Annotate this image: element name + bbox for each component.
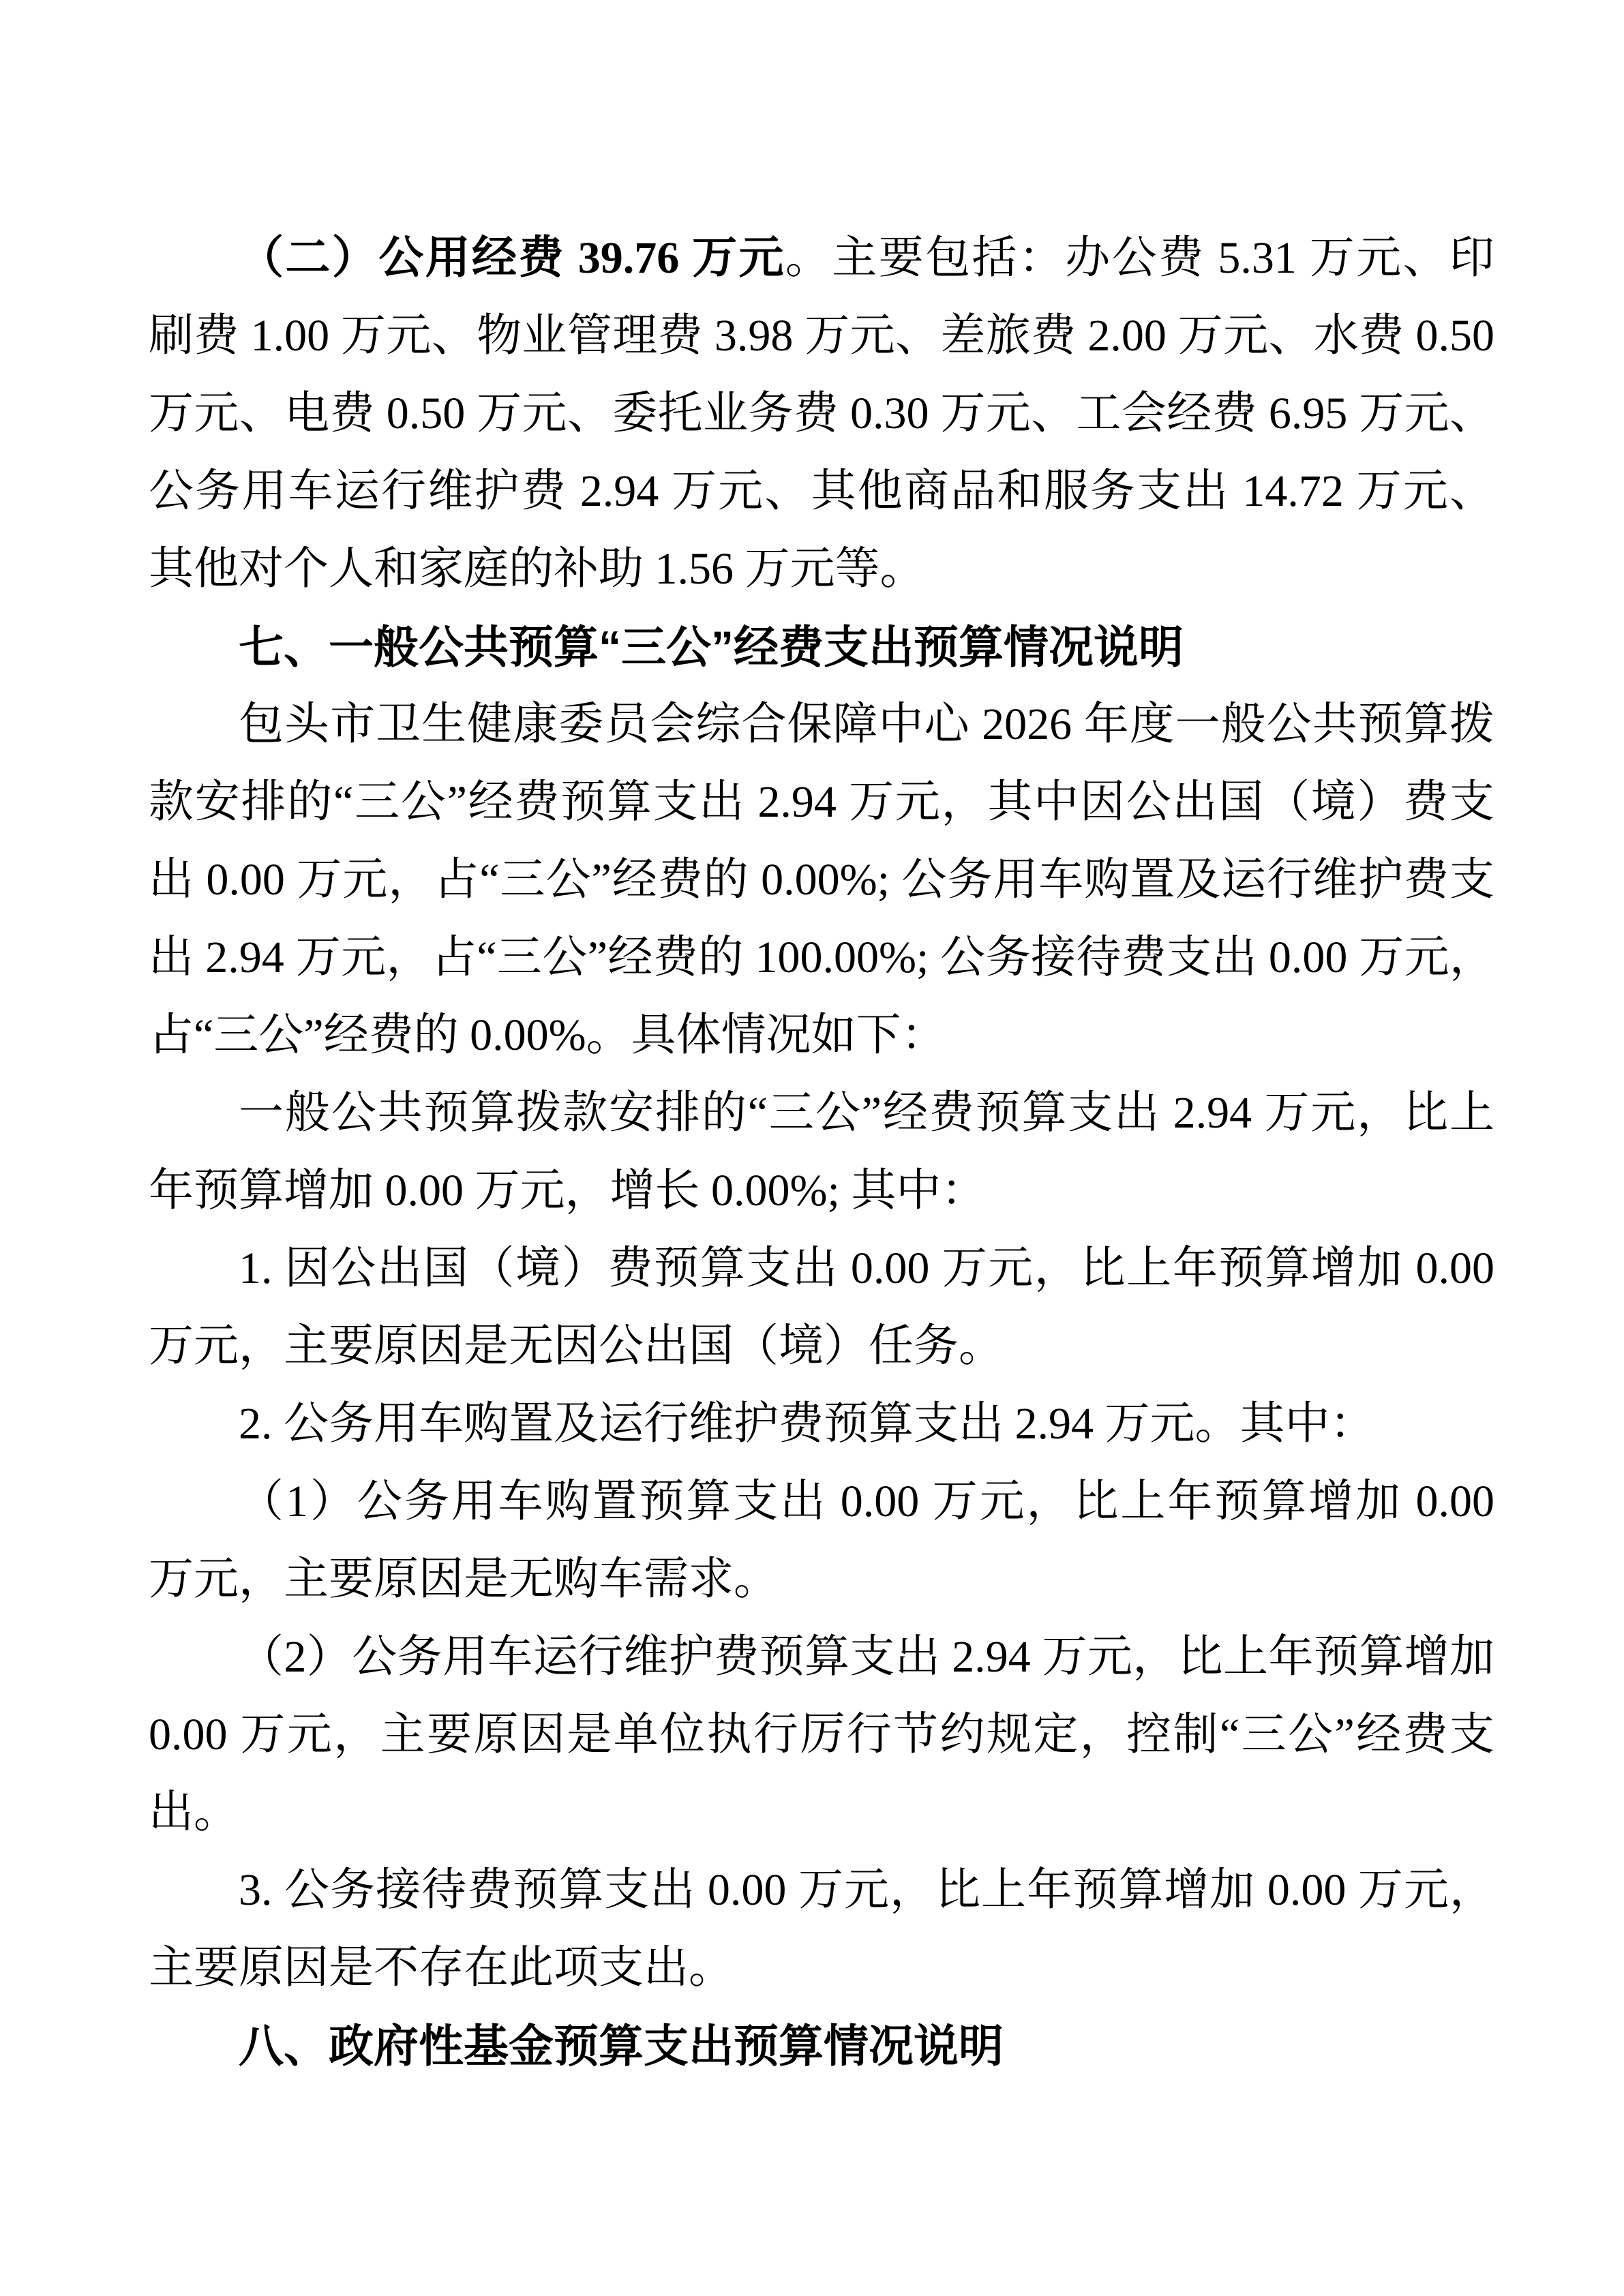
para-three-public-overview-text: 包头市卫生健康委员会综合保障中心 2026 年度一般公共预算拨款安排的“三公”经…	[149, 699, 1494, 1060]
para-public-expense: （二）公用经费 39.76 万元。主要包括：办公费 5.31 万元、印刷费 1.…	[149, 220, 1494, 608]
para-item-1-abroad-expense-text: 1. 因公出国（境）费预算支出 0.00 万元，比上年预算增加 0.00 万元，…	[149, 1243, 1494, 1371]
para-item-1-abroad-expense: 1. 因公出国（境）费预算支出 0.00 万元，比上年预算增加 0.00 万元，…	[149, 1230, 1494, 1385]
para-three-public-overview: 包头市卫生健康委员会综合保障中心 2026 年度一般公共预算拨款安排的“三公”经…	[149, 686, 1494, 1074]
para-item-2-1-vehicle-purchase-text: （1）公务用车购置预算支出 0.00 万元，比上年预算增加 0.00 万元，主要…	[149, 1477, 1494, 1604]
para-item-2-2-vehicle-maintenance-text: （2）公务用车运行维护费预算支出 2.94 万元，比上年预算增加 0.00 万元…	[149, 1632, 1494, 1837]
heading-section-eight-text: 八、政府性基金预算支出预算情况说明	[239, 2021, 1004, 2071]
document-body: （二）公用经费 39.76 万元。主要包括：办公费 5.31 万元、印刷费 1.…	[0, 0, 1624, 2085]
heading-section-eight: 八、政府性基金预算支出预算情况说明	[149, 2007, 1494, 2085]
para-item-3-reception-expense-text: 3. 公务接待费预算支出 0.00 万元，比上年预算增加 0.00 万元，主要原…	[149, 1865, 1494, 1993]
para-item-2-vehicle-expense: 2. 公务用车购置及运行维护费预算支出 2.94 万元。其中：	[149, 1385, 1494, 1463]
para-item-2-1-vehicle-purchase: （1）公务用车购置预算支出 0.00 万元，比上年预算增加 0.00 万元，主要…	[149, 1463, 1494, 1618]
para-item-3-reception-expense: 3. 公务接待费预算支出 0.00 万元，比上年预算增加 0.00 万元，主要原…	[149, 1852, 1494, 2007]
heading-section-seven-text: 七、一般公共预算“三公”经费支出预算情况说明	[239, 622, 1184, 672]
heading-section-seven: 七、一般公共预算“三公”经费支出预算情况说明	[149, 608, 1494, 686]
para-three-public-total-text: 一般公共预算拨款安排的“三公”经费预算支出 2.94 万元，比上年预算增加 0.…	[149, 1088, 1494, 1215]
para-item-2-2-vehicle-maintenance: （2）公务用车运行维护费预算支出 2.94 万元，比上年预算增加 0.00 万元…	[149, 1618, 1494, 1852]
para-public-expense-detail: 。主要包括：办公费 5.31 万元、印刷费 1.00 万元、物业管理费 3.98…	[149, 233, 1494, 594]
para-three-public-total: 一般公共预算拨款安排的“三公”经费预算支出 2.94 万元，比上年预算增加 0.…	[149, 1074, 1494, 1230]
para-public-expense-lead: （二）公用经费 39.76 万元	[239, 233, 785, 283]
document-page: （二）公用经费 39.76 万元。主要包括：办公费 5.31 万元、印刷费 1.…	[0, 0, 1624, 2296]
para-item-2-vehicle-expense-text: 2. 公务用车购置及运行维护费预算支出 2.94 万元。其中：	[239, 1399, 1375, 1449]
